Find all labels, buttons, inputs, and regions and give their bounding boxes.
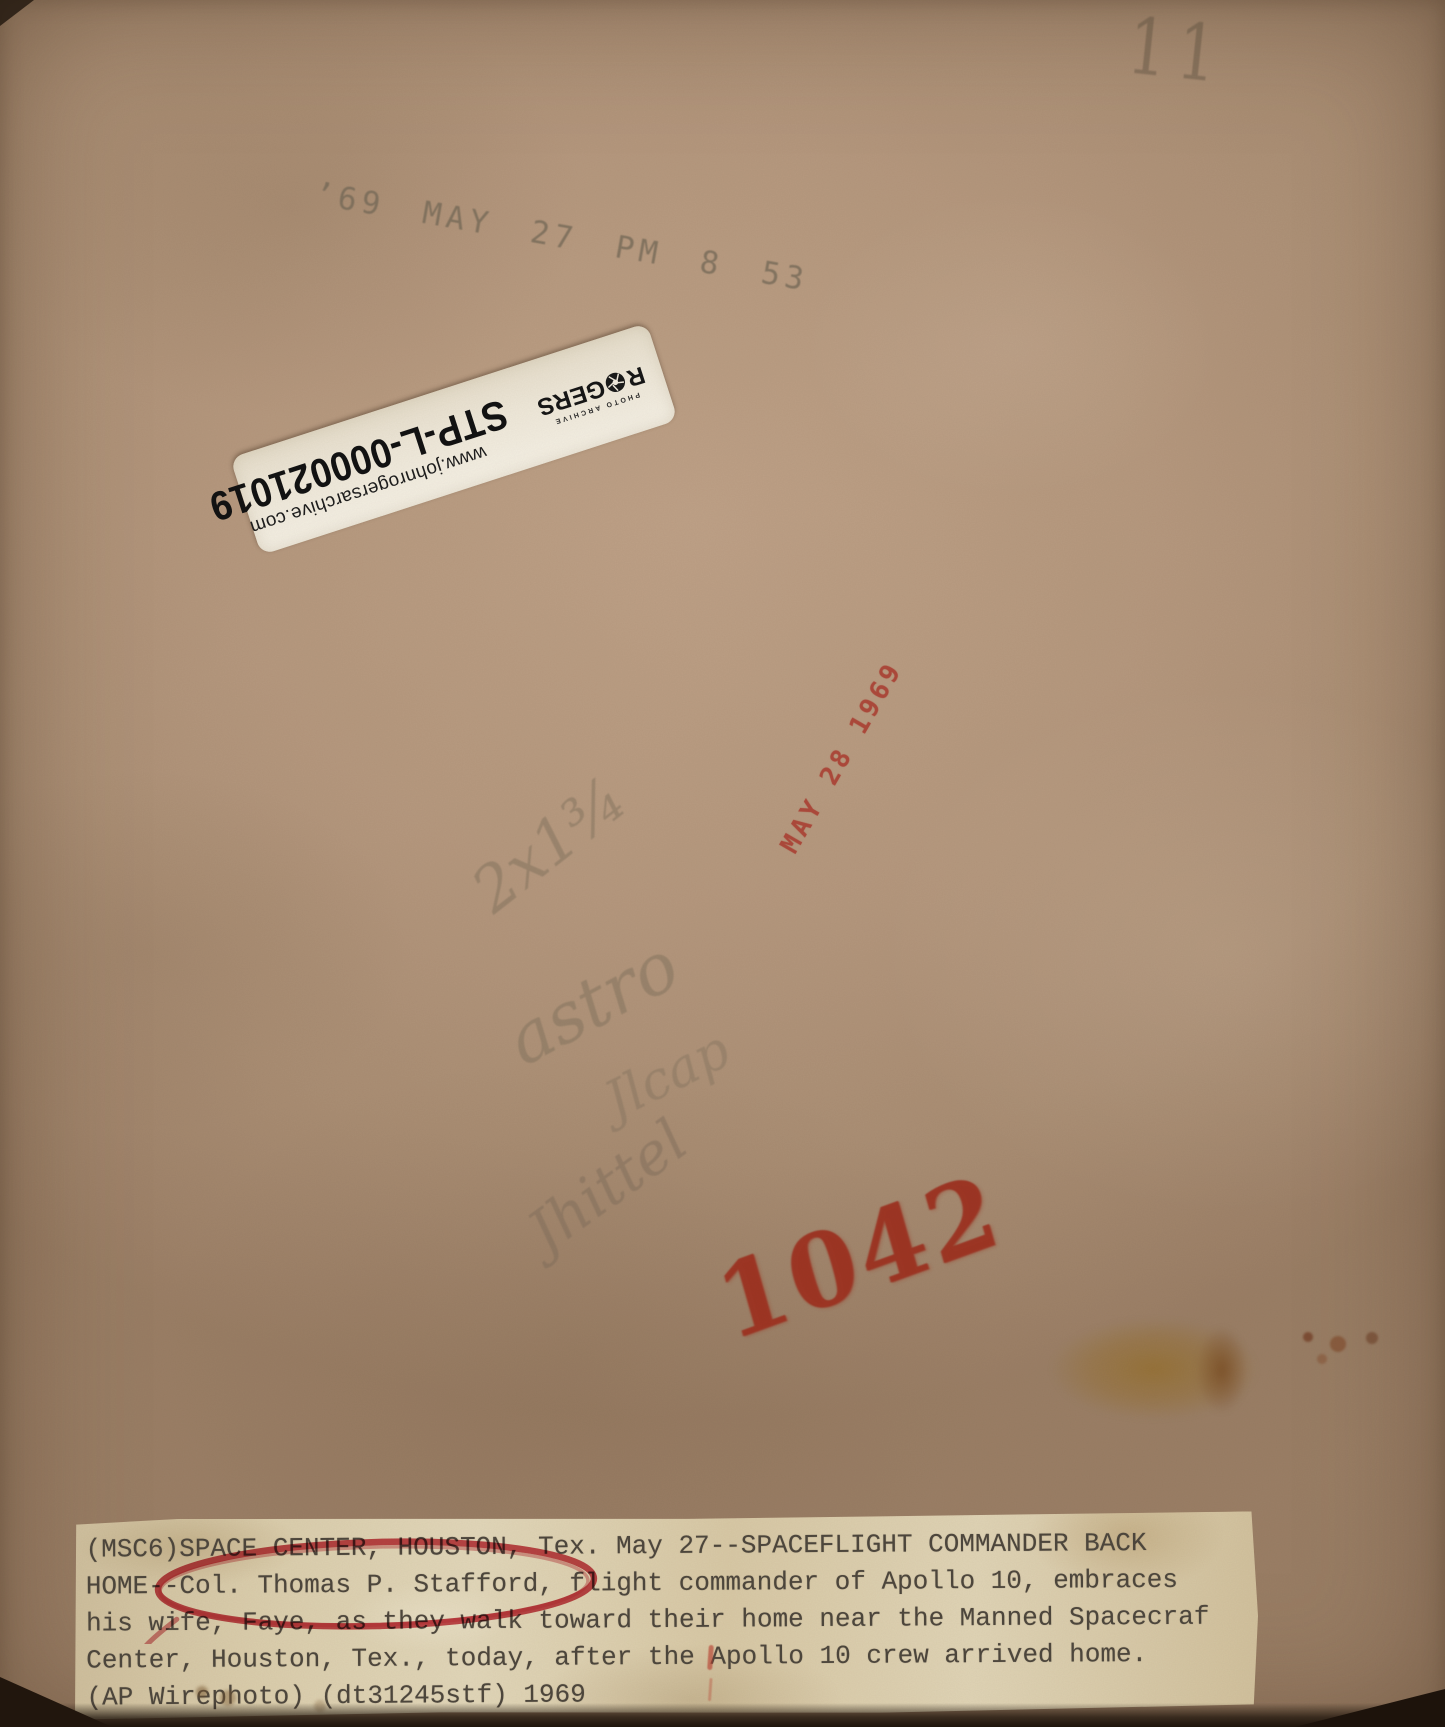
stain-dots-right (1303, 1332, 1313, 1342)
caption-strip: (MSC6)SPACE CENTER, HOUSTON, Tex. May 27… (71, 1511, 1258, 1719)
pencil-corner-scribble: 11 (1124, 0, 1232, 101)
pencil-signature: Jhittel (515, 1106, 700, 1266)
caption-line-5: (AP Wirephoto) (dt31245stf) 1969 (86, 1672, 1258, 1716)
scan-corner-top-left (0, 0, 34, 26)
adhesive-stain-dark (1196, 1326, 1248, 1414)
rogers-logo: PHOTO ARCHIVE R (533, 360, 651, 429)
red-date-stamp: MAY 28 1969 (775, 656, 909, 858)
pencil-note-2: Jlcap (595, 1020, 739, 1131)
caption-line-4: Center, Houston, Tex., today, after the … (86, 1635, 1258, 1679)
receiving-date-stamp: ’69 MAY 27 PM 8 53 (312, 176, 812, 298)
pencil-crop-size: 2x1¾ (458, 762, 640, 927)
archive-sticker: PHOTO ARCHIVE R (230, 323, 678, 555)
crayon-number: 1042 (705, 1150, 1014, 1364)
photo-back-scan: ’69 MAY 27 PM 8 53 11 PHOTO ARCHIVE R (0, 0, 1445, 1727)
adhesive-stain-large (1050, 1318, 1258, 1420)
scan-corner-bottom-right (1295, 1689, 1445, 1727)
